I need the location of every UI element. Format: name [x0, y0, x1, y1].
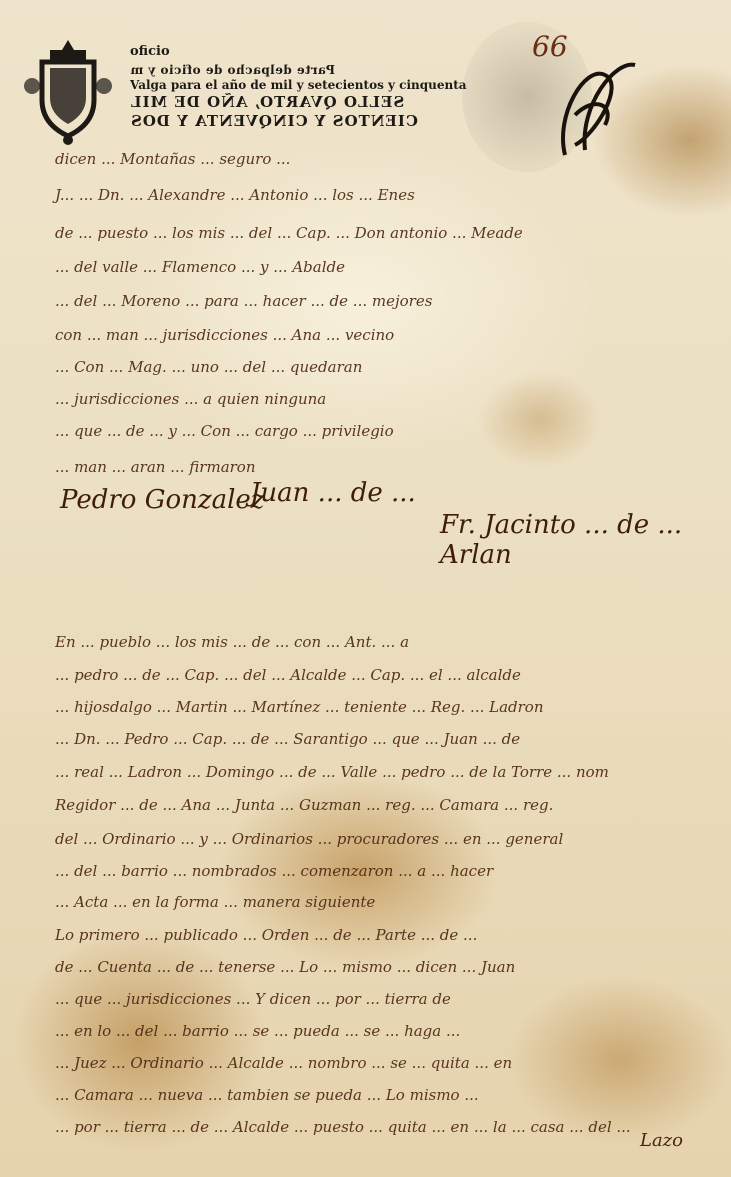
manuscript-line: ... del valle ... Flamenco ... y ... Aba…	[55, 260, 345, 275]
stamp-line-mirrored-2: SELLO QVARTO, AÑO DE MIL	[130, 93, 404, 111]
signature-1: Pedro Gonzalez	[60, 485, 264, 515]
manuscript-line: ... real ... Ladron ... Domingo ... de .…	[55, 765, 609, 780]
manuscript-line: ... por ... tierra ... de ... Alcalde ..…	[55, 1120, 631, 1135]
manuscript-page: oficio Parte delpacho de oficio y m Valg…	[0, 0, 731, 1177]
manuscript-line: ... que ... jurisdicciones ... Y dicen .…	[55, 992, 451, 1007]
manuscript-line: del ... Ordinario ... y ... Ordinarios .…	[55, 832, 563, 847]
manuscript-line: En ... pueblo ... los mis ... de ... con…	[55, 635, 409, 650]
manuscript-line: J... ... Dn. ... Alexandre ... Antonio .…	[55, 188, 415, 203]
manuscript-line: ... man ... aran ... firmaron	[55, 460, 256, 475]
margin-signature: Lazo	[640, 1130, 683, 1151]
rubric-flourish-icon	[545, 55, 645, 165]
manuscript-line: de ... Cuenta ... de ... tenerse ... Lo …	[55, 960, 515, 975]
manuscript-line: dicen ... Montañas ... seguro ...	[55, 152, 290, 167]
stamp-line-mirrored-3: CIENTOS Y CINQVENTA Y DOS	[130, 112, 418, 130]
stamp-line-mirrored-1: Parte delpacho de oficio y m	[130, 63, 335, 77]
manuscript-line: ... del ... Moreno ... para ... hacer ..…	[55, 294, 432, 309]
manuscript-line: ... Camara ... nueva ... tambien se pued…	[55, 1088, 479, 1103]
manuscript-line: ... del ... barrio ... nombrados ... com…	[55, 864, 493, 879]
manuscript-line: con ... man ... jurisdicciones ... Ana .…	[55, 328, 394, 343]
manuscript-line: ... en lo ... del ... barrio ... se ... …	[55, 1024, 460, 1039]
signature-2: Juan ... de ...	[250, 478, 416, 508]
manuscript-line: ... hijosdalgo ... Martin ... Martínez .…	[55, 700, 544, 715]
manuscript-line: Lo primero ... publicado ... Orden ... d…	[55, 928, 477, 943]
manuscript-line: ... jurisdicciones ... a quien ninguna	[55, 392, 326, 407]
manuscript-line: de ... puesto ... los mis ... del ... Ca…	[55, 226, 523, 241]
royal-coat-of-arms-icon	[22, 36, 114, 146]
manuscript-line: Regidor ... de ... Ana ... Junta ... Guz…	[55, 798, 553, 813]
manuscript-line: ... pedro ... de ... Cap. ... del ... Al…	[55, 668, 521, 683]
manuscript-line: ... Acta ... en la forma ... manera sigu…	[55, 895, 375, 910]
manuscript-line: ... Dn. ... Pedro ... Cap. ... de ... Sa…	[55, 732, 520, 747]
signature-3: Fr. Jacinto ... de ... Arlan	[440, 510, 731, 570]
manuscript-line: ... que ... de ... y ... Con ... cargo .…	[55, 424, 394, 439]
manuscript-line: ... Con ... Mag. ... uno ... del ... que…	[55, 360, 362, 375]
manuscript-line: ... Juez ... Ordinario ... Alcalde ... n…	[55, 1056, 512, 1071]
